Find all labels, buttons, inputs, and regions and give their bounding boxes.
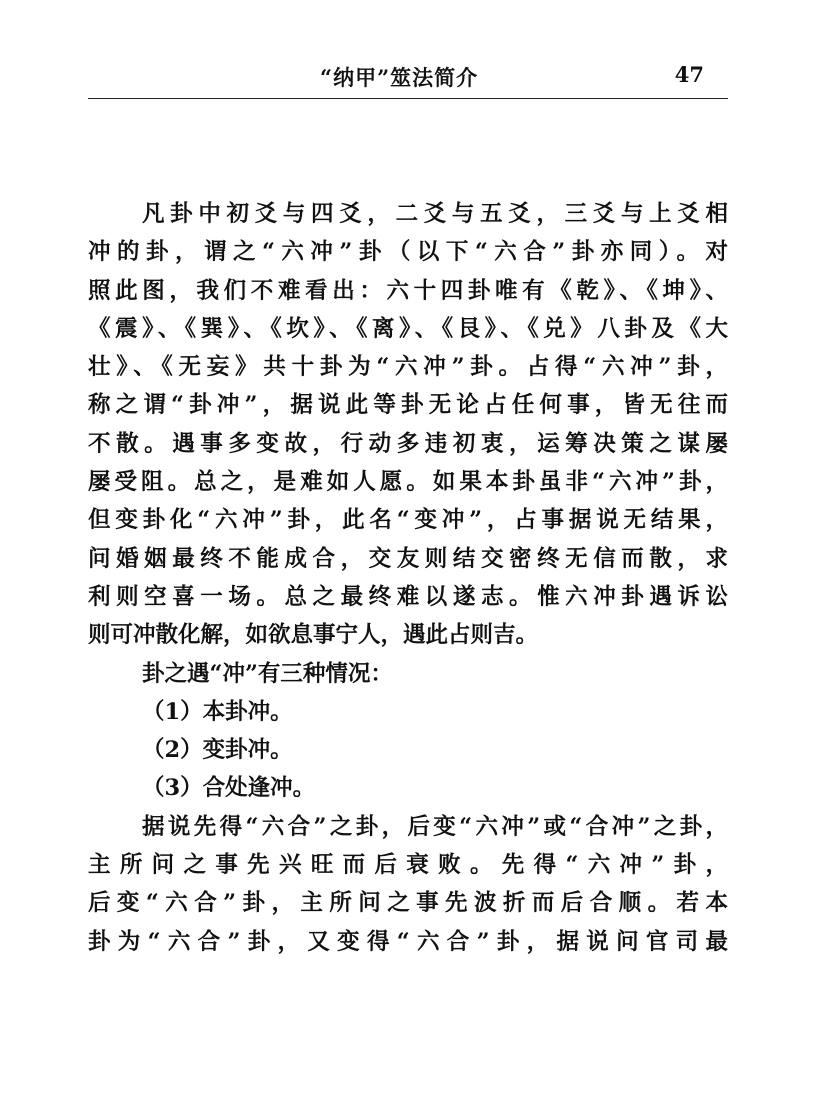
page-header: “纳甲”筮法简介 47 — [88, 58, 728, 98]
paragraph-1-line-7: 不散。遇事多变故，行动多违初衷，运筹决策之谋屡 — [88, 425, 728, 463]
paragraph-1-line-6: 称之谓“卦冲”，据说此等卦无论占任何事，皆无往而 — [88, 386, 728, 424]
list-item-2: （2）变卦冲。 — [88, 731, 728, 769]
paragraph-2-line-1: 据说先得“六合”之卦，后变“六冲”或“合冲”之卦， — [88, 808, 728, 846]
paragraph-1-line-5: 壮》、《无妄》共十卦为“六冲”卦。占得“六冲”卦， — [88, 348, 728, 386]
paragraph-2-line-2: 主所问之事先兴旺而后衰败。先得“六冲”卦， — [88, 846, 728, 884]
paragraph-1-line-8: 屡受阻。总之，是难如人愿。如果本卦虽非“六冲”卦， — [88, 463, 728, 501]
paragraph-1-line-9: 但变卦化“六冲”卦，此名“变冲”，占事据说无结果， — [88, 501, 728, 539]
paragraph-1-line-4: 《震》、《巽》、《坎》、《离》、《艮》、《兑》八卦及《大 — [88, 310, 728, 348]
list-item-3: （3）合处逢冲。 — [88, 769, 728, 807]
paragraph-1-line-3: 照此图，我们不难看出：六十四卦唯有《乾》、《坤》、 — [88, 272, 728, 310]
running-title: “纳甲”筮法简介 — [320, 62, 478, 92]
paragraph-1-line-10: 问婚姻最终不能成合，交友则结交密终无信而散，求 — [88, 540, 728, 578]
page-number: 47 — [675, 62, 704, 87]
paragraph-1-line-1: 凡卦中初爻与四爻，二爻与五爻，三爻与上爻相 — [88, 195, 728, 233]
list-item-1: （1）本卦冲。 — [88, 693, 728, 731]
paragraph-2-line-4: 卦为“六合”卦，又变得“六合”卦，据说问官司最 — [88, 923, 728, 961]
paragraph-1-line-12: 则可冲散化解，如欲息事宁人，遇此占则吉。 — [88, 616, 728, 654]
paragraph-1-line-11: 利则空喜一场。总之最终难以遂志。惟六冲卦遇诉讼 — [88, 578, 728, 616]
header-rule — [88, 98, 728, 99]
paragraph-2-line-3: 后变“六合”卦，主所问之事先波折而后合顺。若本 — [88, 884, 728, 922]
paragraph-1-line-2: 冲的卦，谓之“六冲”卦（以下“六合”卦亦同）。对 — [88, 233, 728, 271]
list-intro: 卦之遇“冲”有三种情况： — [88, 655, 728, 693]
body-text: 凡卦中初爻与四爻，二爻与五爻，三爻与上爻相 冲的卦，谓之“六冲”卦（以下“六合”… — [88, 195, 728, 961]
